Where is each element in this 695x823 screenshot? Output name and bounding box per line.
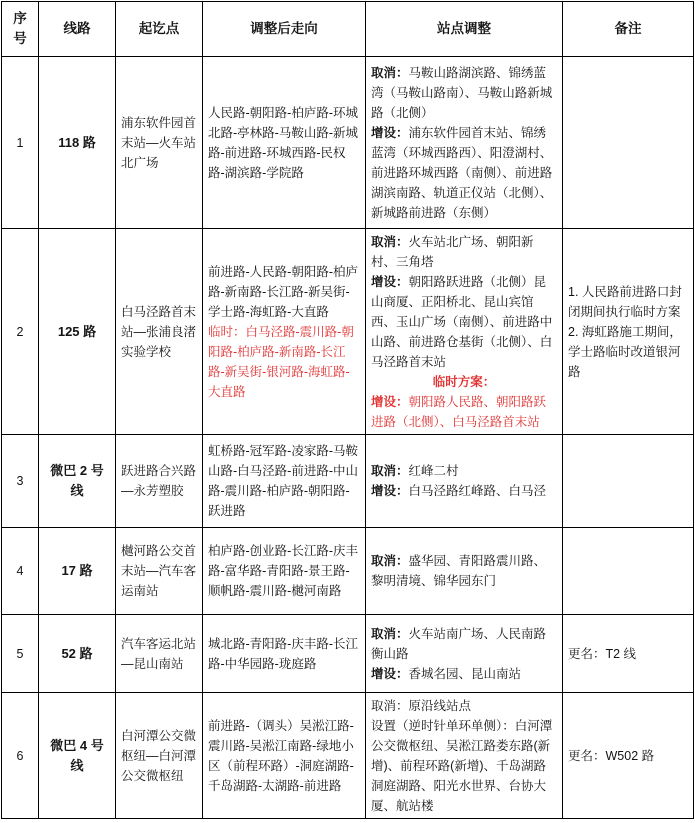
cell-direction: 柏庐路-创业路-长江路-庆丰路-富华路-青阳路-景王路-顺帆路-震川路-樾河南路 (203, 528, 366, 615)
cell-endpoints: 浦东软件园首末站—火车站北广场 (116, 57, 203, 229)
stops-add: 增设：香城名园、昆山南站 (371, 664, 557, 684)
stops-cancel: 取消：红峰二村 (371, 461, 557, 481)
cell-no: 4 (2, 528, 39, 615)
cell-route: 微巴 4 号线 (39, 693, 116, 819)
cell-no: 5 (2, 615, 39, 693)
cancel-label: 取消： (371, 66, 409, 80)
cancel-label: 取消： (371, 554, 409, 568)
cell-stops: 取消：原沿线站点 设置（逆时针单环单侧）：白河潭公交微枢纽、吴淞江路娄东路(新增… (366, 693, 563, 819)
temp-add-label: 增设： (371, 395, 409, 409)
cell-no: 2 (2, 229, 39, 435)
cell-endpoints: 跃进路合兴路—永芳塑胶 (116, 435, 203, 528)
stops-setup: 设置（逆时针单环单侧）：白河潭公交微枢纽、吴淞江路娄东路(新增)、前程环路(新增… (371, 716, 557, 816)
header-remark: 备注 (563, 2, 694, 57)
stops-add: 增设：朝阳路跃进路（北侧）昆山商厦、正阳桥北、昆山宾馆西、玉山广场（南侧）、前进… (371, 272, 557, 372)
temp-stops-add: 增设：朝阳路人民路、朝阳路跃进路（北侧）、白马泾路首末站 (371, 392, 557, 432)
table-row: 1 118 路 浦东软件园首末站—火车站北广场 人民路-朝阳路-柏庐路-环城北路… (2, 57, 694, 229)
cell-remark: 更名：W502 路 (563, 693, 694, 819)
stops-add: 增设：白马泾路红峰路、白马泾 (371, 481, 557, 501)
table-row: 6 微巴 4 号线 白河潭公交微枢纽—白河潭公交微枢纽 前进路-（调头）吴淞江路… (2, 693, 694, 819)
remark-line: 更名：T2 线 (568, 644, 688, 664)
add-text: 白马泾路红峰路、白马泾 (409, 484, 547, 498)
add-label: 增设： (371, 484, 409, 498)
stops-add: 增设：浦东软件园首末站、锦绣蓝湾（环城西路西）、阳澄湖村、前进路环城西路（南侧）… (371, 123, 557, 223)
header-stops: 站点调整 (366, 2, 563, 57)
cell-stops: 取消：马鞍山路湖滨路、锦绣蓝湾（马鞍山路南）、马鞍山路新城路（北侧） 增设：浦东… (366, 57, 563, 229)
cell-route: 118 路 (39, 57, 116, 229)
cell-no: 3 (2, 435, 39, 528)
cell-endpoints: 汽车客运北站—昆山南站 (116, 615, 203, 693)
temp-plan-title: 临时方案： (371, 372, 557, 392)
cell-direction: 前进路-人民路-朝阳路-柏庐路-新南路-长江路-新吴街-学士路-海虹路-大直路 … (203, 229, 366, 435)
stops-cancel: 取消：火车站南广场、人民南路衡山路 (371, 624, 557, 664)
direction-text: 人民路-朝阳路-柏庐路-环城北路-亭林路-马鞍山路-新城路-前进路-环城西路-民… (208, 103, 360, 183)
add-text: 香城名园、昆山南站 (409, 667, 522, 681)
cell-remark (563, 57, 694, 229)
add-label: 增设： (371, 667, 409, 681)
direction-text: 虹桥路-冠军路-凌家路-马鞍山路-白马泾路-前进路-中山路-震川路-柏庐路-朝阳… (208, 441, 360, 521)
cancel-label: 取消： (371, 627, 409, 641)
cell-remark (563, 528, 694, 615)
route-adjustment-table: 序号 线路 起讫点 调整后走向 站点调整 备注 1 118 路 浦东软件园首末站… (1, 1, 694, 819)
cell-route: 52 路 (39, 615, 116, 693)
stops-cancel: 取消：原沿线站点 (371, 696, 557, 716)
table-row: 5 52 路 汽车客运北站—昆山南站 城北路-青阳路-庆丰路-长江路-中华园路-… (2, 615, 694, 693)
add-label: 增设： (371, 126, 409, 140)
direction-text: 柏庐路-创业路-长江路-庆丰路-富华路-青阳路-景王路-顺帆路-震川路-樾河南路 (208, 541, 360, 601)
remark-line: 1. 人民路前进路口封闭期间执行临时方案 (568, 282, 688, 322)
cell-no: 6 (2, 693, 39, 819)
table-row: 4 17 路 樾河路公交首末站—汽车客运南站 柏庐路-创业路-长江路-庆丰路-富… (2, 528, 694, 615)
cell-route: 17 路 (39, 528, 116, 615)
cell-direction: 虹桥路-冠军路-凌家路-马鞍山路-白马泾路-前进路-中山路-震川路-柏庐路-朝阳… (203, 435, 366, 528)
cancel-text: 红峰二村 (409, 464, 459, 478)
direction-text: 城北路-青阳路-庆丰路-长江路-中华园路-珑庭路 (208, 634, 360, 674)
direction-text: 前进路-（调头）吴淞江路-震川路-吴淞江南路-绿地小区（前程环路）-洞庭湖路-千… (208, 716, 360, 796)
cell-no: 1 (2, 57, 39, 229)
cell-endpoints: 白河潭公交微枢纽—白河潭公交微枢纽 (116, 693, 203, 819)
remark-line: 2. 海虹路施工期间，学士路临时改道银河路 (568, 322, 688, 382)
cell-direction: 前进路-（调头）吴淞江路-震川路-吴淞江南路-绿地小区（前程环路）-洞庭湖路-千… (203, 693, 366, 819)
cell-remark (563, 435, 694, 528)
cell-endpoints: 樾河路公交首末站—汽车客运南站 (116, 528, 203, 615)
remark-line: 更名：W502 路 (568, 746, 688, 766)
header-direction: 调整后走向 (203, 2, 366, 57)
cell-route: 微巴 2 号线 (39, 435, 116, 528)
cell-direction: 城北路-青阳路-庆丰路-长江路-中华园路-珑庭路 (203, 615, 366, 693)
stops-cancel: 取消：马鞍山路湖滨路、锦绣蓝湾（马鞍山路南）、马鞍山路新城路（北侧） (371, 63, 557, 123)
cancel-label: 取消： (371, 235, 409, 249)
cell-endpoints: 白马泾路首末站—张浦良渚实验学校 (116, 229, 203, 435)
stops-cancel: 取消：火车站北广场、朝阳新村、三角塔 (371, 232, 557, 272)
cell-stops: 取消：红峰二村 增设：白马泾路红峰路、白马泾 (366, 435, 563, 528)
header-no: 序号 (2, 2, 39, 57)
header-row: 序号 线路 起讫点 调整后走向 站点调整 备注 (2, 2, 694, 57)
cell-remark: 更名：T2 线 (563, 615, 694, 693)
add-label: 增设： (371, 275, 409, 289)
cell-direction: 人民路-朝阳路-柏庐路-环城北路-亭林路-马鞍山路-新城路-前进路-环城西路-民… (203, 57, 366, 229)
direction-text: 前进路-人民路-朝阳路-柏庐路-新南路-长江路-新吴街-学士路-海虹路-大直路 (208, 262, 360, 322)
cell-stops: 取消：盛华园、青阳路震川路、黎明清境、锦华园东门 (366, 528, 563, 615)
cancel-label: 取消： (371, 464, 409, 478)
direction-temp-text: 临时：白马泾路-震川路-朝阳路-柏庐路-新南路-长江路-新吴街-银河路-海虹路-… (208, 322, 360, 402)
cell-route: 125 路 (39, 229, 116, 435)
cell-remark: 1. 人民路前进路口封闭期间执行临时方案 2. 海虹路施工期间，学士路临时改道银… (563, 229, 694, 435)
header-route: 线路 (39, 2, 116, 57)
cell-stops: 取消：火车站北广场、朝阳新村、三角塔 增设：朝阳路跃进路（北侧）昆山商厦、正阳桥… (366, 229, 563, 435)
table-row: 3 微巴 2 号线 跃进路合兴路—永芳塑胶 虹桥路-冠军路-凌家路-马鞍山路-白… (2, 435, 694, 528)
stops-cancel: 取消：盛华园、青阳路震川路、黎明清境、锦华园东门 (371, 551, 557, 591)
table-row: 2 125 路 白马泾路首末站—张浦良渚实验学校 前进路-人民路-朝阳路-柏庐路… (2, 229, 694, 435)
header-endpoints: 起讫点 (116, 2, 203, 57)
cell-stops: 取消：火车站南广场、人民南路衡山路 增设：香城名园、昆山南站 (366, 615, 563, 693)
